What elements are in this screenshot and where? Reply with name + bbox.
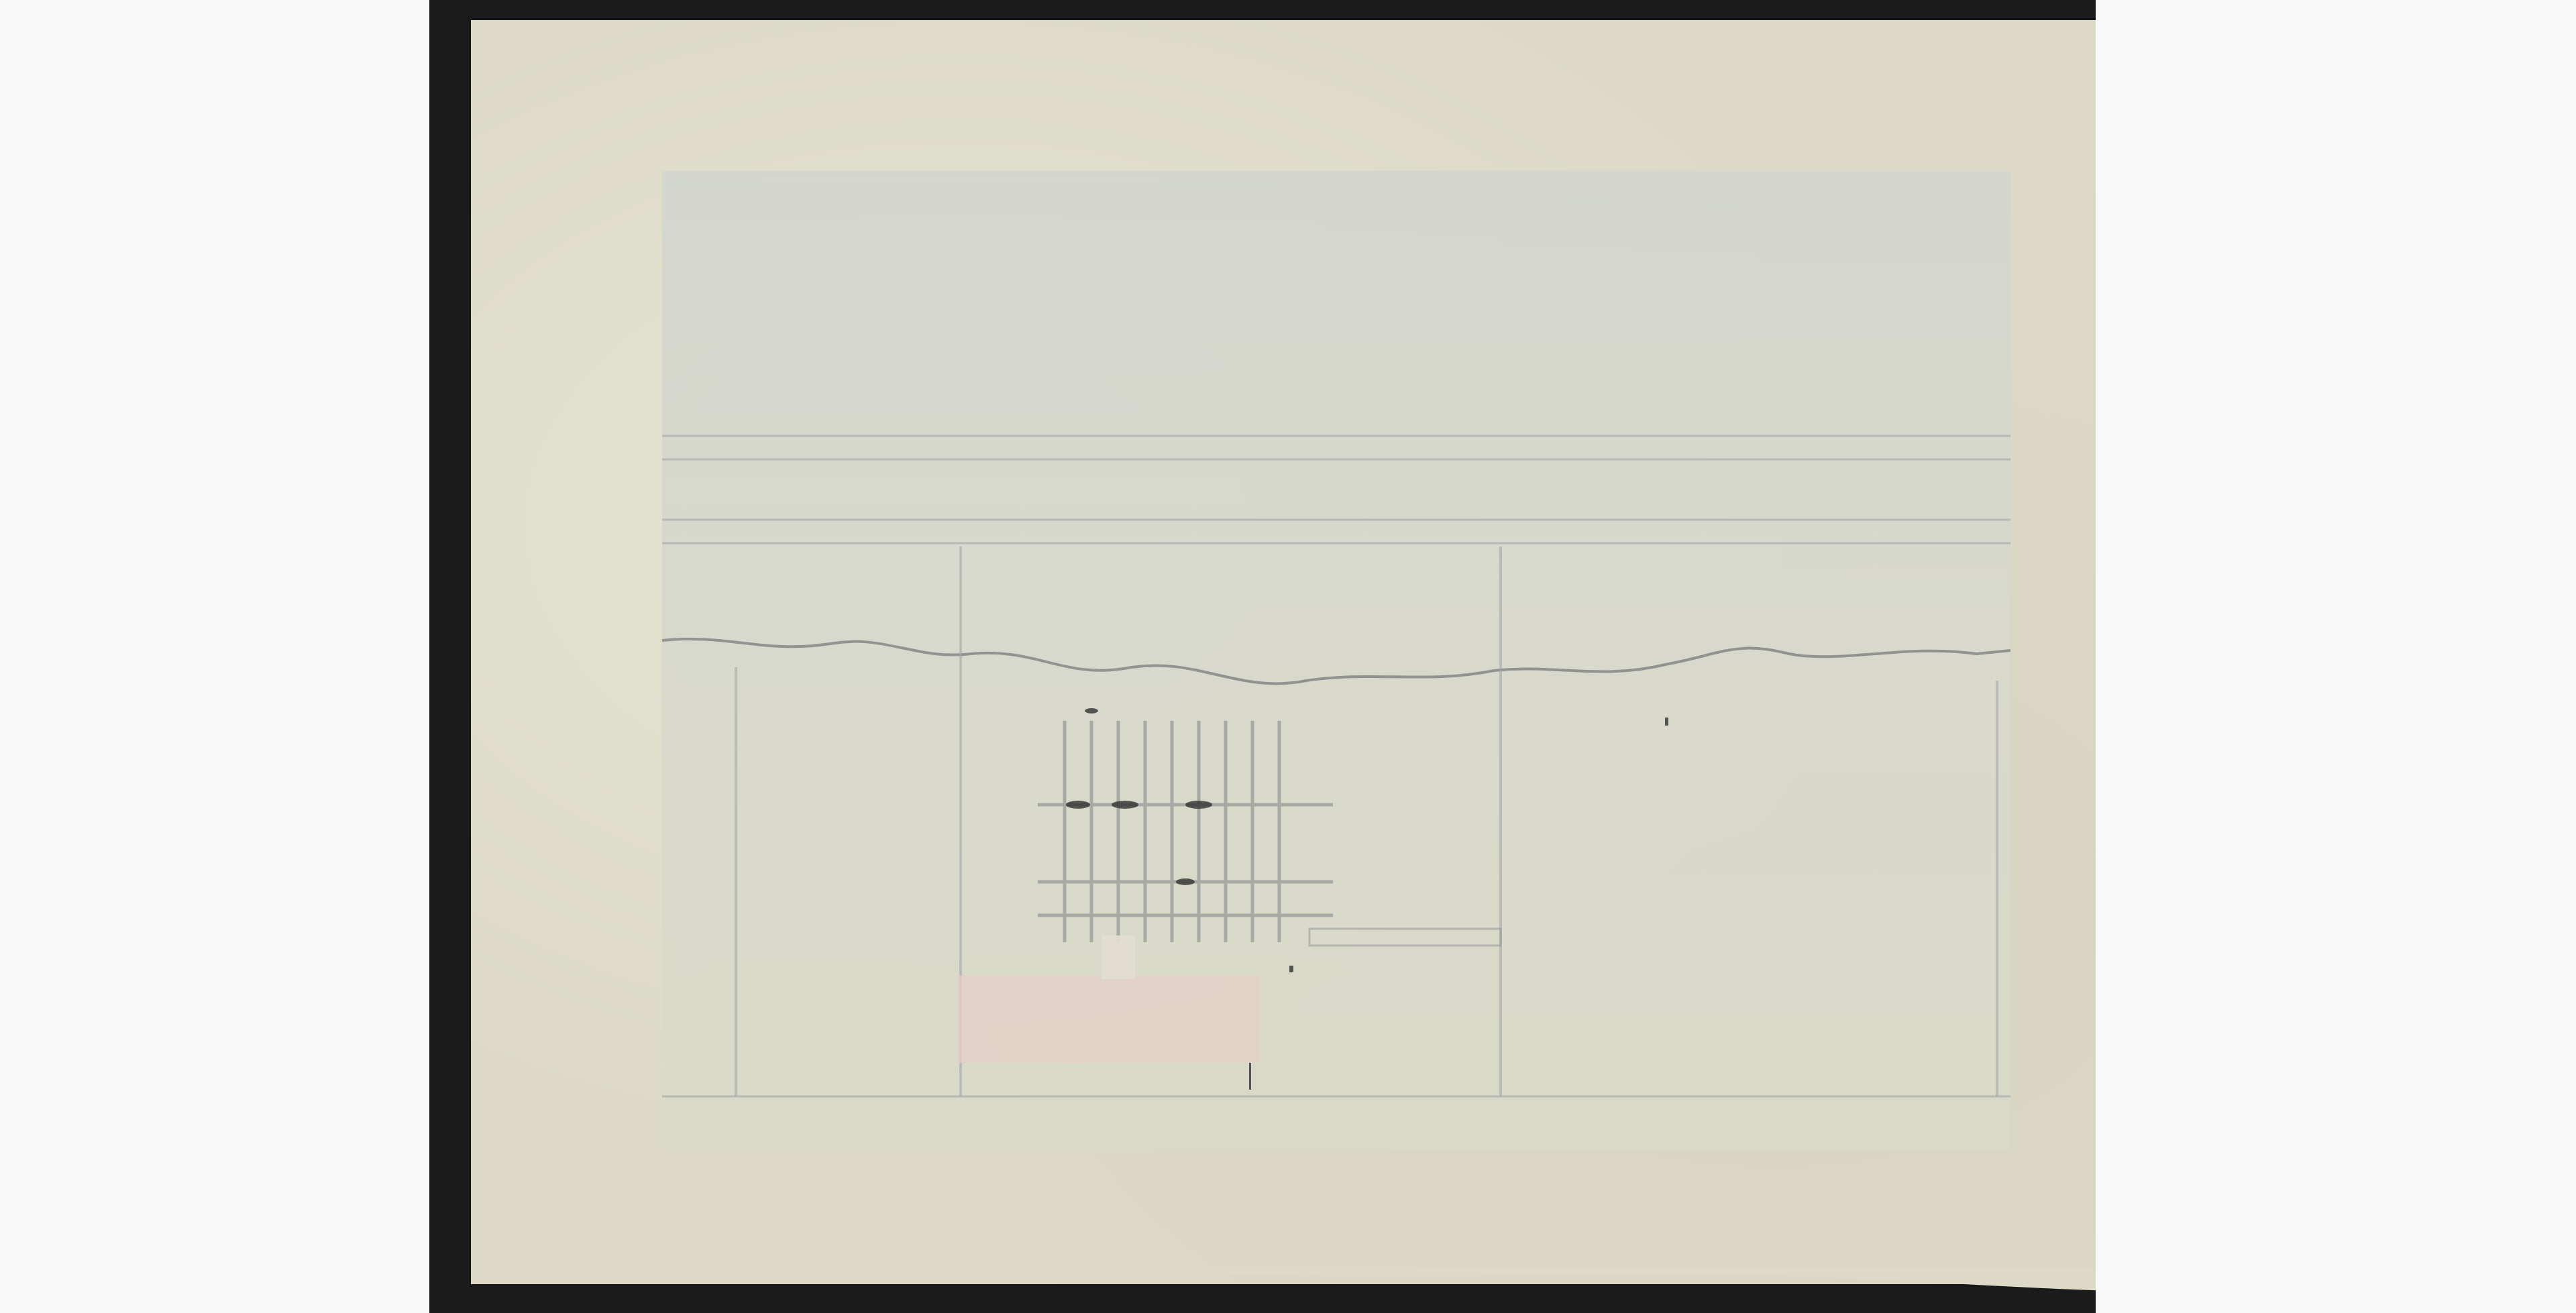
paper-wavy-bottom-edge (471, 1267, 2096, 1313)
left-margin-panel (0, 0, 429, 1313)
right-margin-panel (2096, 0, 2576, 1313)
print-paper-sheet (471, 20, 2096, 1284)
print-image-block (662, 171, 2010, 1150)
show-through-sketch (662, 171, 2010, 1150)
photo-viewport (429, 0, 2096, 1313)
